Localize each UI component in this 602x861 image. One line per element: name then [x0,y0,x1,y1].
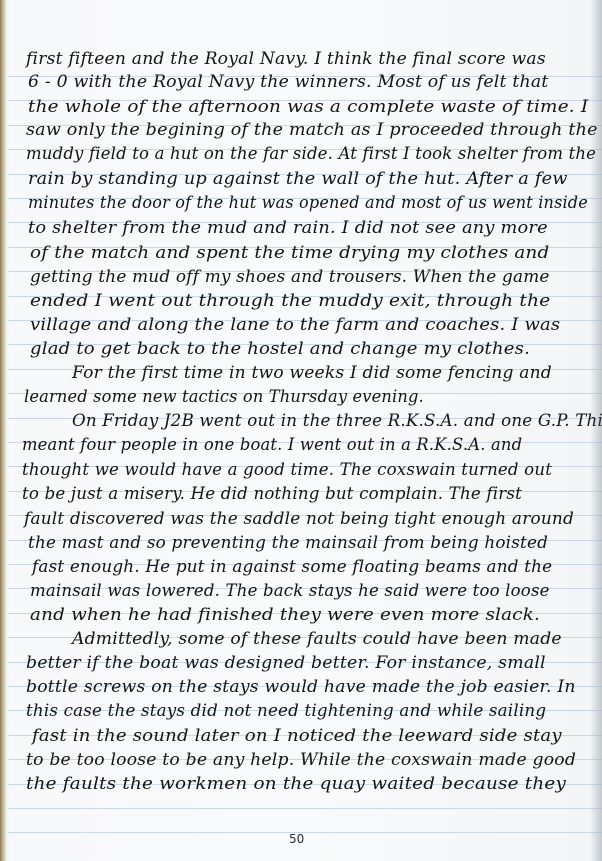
handwritten-line: the mast and so preventing the mainsail … [28,532,548,554]
handwritten-line: On Friday J2B went out in the three R.K.… [72,410,602,432]
handwritten-line: 6 - 0 with the Royal Navy the winners. M… [28,71,548,93]
handwritten-line: of the match and spent the time drying m… [30,242,549,264]
page-edge-shadow [590,0,602,861]
handwritten-line: glad to get back to the hostel and chang… [30,338,530,360]
handwritten-line: mainsail was lowered. The back stays he … [30,580,550,602]
handwritten-line: first fifteen and the Royal Navy. I thin… [26,48,546,70]
handwritten-line: meant four people in one boat. I went ou… [22,434,522,456]
handwritten-line: rain by standing up against the wall of … [28,168,568,190]
handwritten-line: better if the boat was designed better. … [26,652,546,674]
handwritten-line: this case the stays did not need tighten… [26,700,546,722]
handwritten-line: ended I went out through the muddy exit,… [30,290,550,312]
handwritten-line: minutes the door of the hut was opened a… [28,192,588,214]
handwritten-line: saw only the begining of the match as I … [26,119,598,141]
handwritten-line: the whole of the afternoon was a complet… [28,96,588,118]
handwritten-line: bottle screws on the stays would have ma… [26,676,576,698]
handwritten-line: getting the mud off my shoes and trouser… [30,266,550,288]
page-number: 50 [289,832,304,846]
handwritten-line: village and along the lane to the farm a… [30,314,560,336]
handwritten-line: to shelter from the mud and rain. I did … [28,217,548,239]
handwritten-line: thought we would have a good time. The c… [22,459,552,481]
handwritten-line: fast enough. He put in against some floa… [32,556,552,578]
notebook-page: first fifteen and the Royal Navy. I thin… [0,0,602,861]
handwritten-line: the faults the workmen on the quay waite… [26,773,566,795]
handwritten-line: learned some new tactics on Thursday eve… [24,386,424,408]
page-binding-edge [0,0,6,861]
handwritten-line: fast in the sound later on I noticed the… [32,725,562,747]
ruled-line [8,808,602,809]
handwritten-line: and when he had finished they were even … [30,604,540,626]
handwritten-line: muddy field to a hut on the far side. At… [26,143,596,165]
handwritten-line: to be too loose to be any help. While th… [26,749,576,771]
handwritten-line: For the first time in two weeks I did so… [72,362,552,384]
ruled-line [8,832,602,833]
handwritten-line: Admittedly, some of these faults could h… [72,628,562,650]
handwritten-line: to be just a misery. He did nothing but … [22,483,522,505]
handwritten-line: fault discovered was the saddle not bein… [24,508,574,530]
